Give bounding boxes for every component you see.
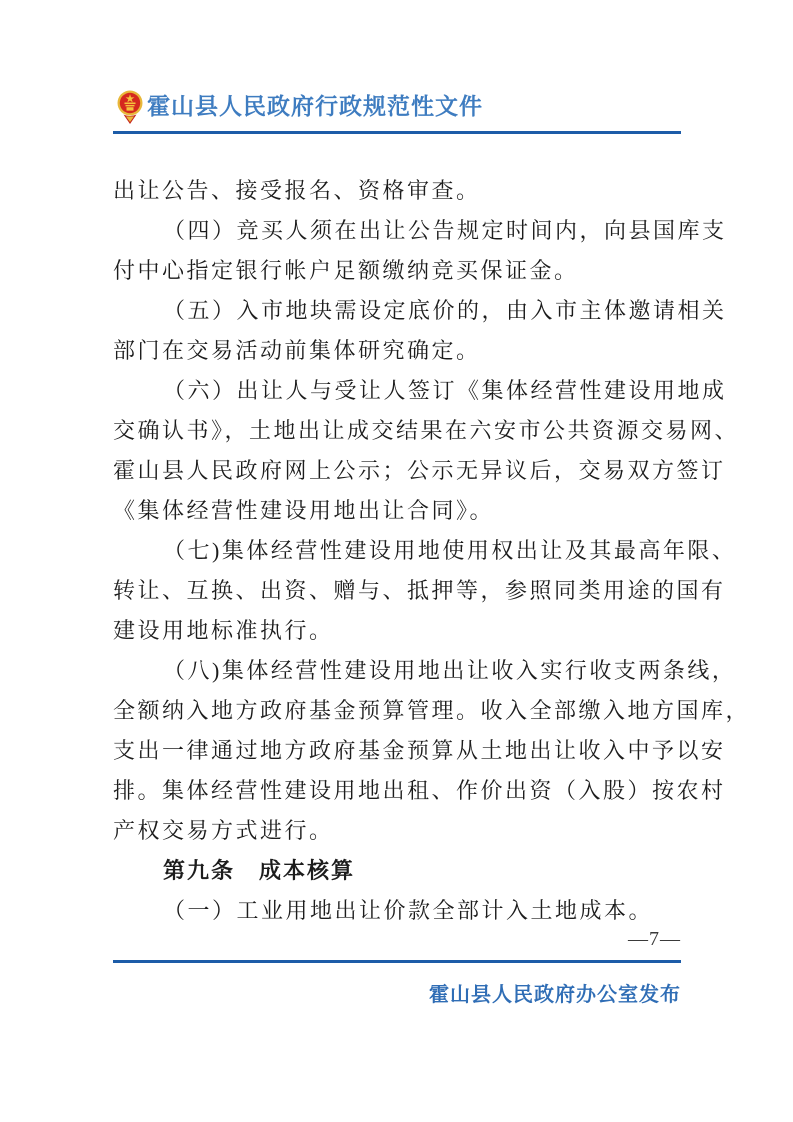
body-line: 支出一律通过地方政府基金预算从土地出让收入中予以安 xyxy=(113,731,681,771)
body-line: 《集体经营性建设用地出让合同》。 xyxy=(113,491,681,531)
body-line: （四）竞买人须在出让公告规定时间内，向县国库支 xyxy=(113,211,681,251)
body-line: 部门在交易活动前集体研究确定。 xyxy=(113,331,681,371)
body-line: （八)集体经营性建设用地出让收入实行收支两条线， xyxy=(113,651,681,691)
body-line: 全额纳入地方政府基金预算管理。收入全部缴入地方国库， xyxy=(113,691,681,731)
body-line: 产权交易方式进行。 xyxy=(113,811,681,851)
body-line: 建设用地标准执行。 xyxy=(113,611,681,651)
document-page: 霍山县人民政府行政规范性文件 出让公告、接受报名、资格审查。（四）竞买人须在出让… xyxy=(0,0,793,1122)
body-line: （六）出让人与受让人签订《集体经营性建设用地成 xyxy=(113,371,681,411)
page-header: 霍山县人民政府行政规范性文件 xyxy=(113,88,681,128)
header-rule xyxy=(113,131,681,134)
section-heading: 第九条 成本核算 xyxy=(113,851,681,891)
footer-publisher: 霍山县人民政府办公室发布 xyxy=(113,980,681,1010)
body-lines: 出让公告、接受报名、资格审查。（四）竞买人须在出让公告规定时间内，向县国库支付中… xyxy=(113,171,681,931)
body-line: 付中心指定银行帐户足额缴纳竞买保证金。 xyxy=(113,251,681,291)
national-emblem-icon xyxy=(117,90,143,124)
body-line: 交确认书》，土地出让成交结果在六安市公共资源交易网、 xyxy=(113,411,681,451)
body-line: （七)集体经营性建设用地使用权出让及其最高年限、 xyxy=(113,531,681,571)
body-line: （五）入市地块需设定底价的，由入市主体邀请相关 xyxy=(113,291,681,331)
body-line: 霍山县人民政府网上公示；公示无异议后，交易双方签订 xyxy=(113,451,681,491)
body-line: 转让、互换、出资、赠与、抵押等，参照同类用途的国有 xyxy=(113,571,681,611)
header-title: 霍山县人民政府行政规范性文件 xyxy=(147,91,483,121)
footer-rule xyxy=(113,960,681,963)
body-line: 出让公告、接受报名、资格审查。 xyxy=(113,171,681,211)
body-line: 排。集体经营性建设用地出租、作价出资（入股）按农村 xyxy=(113,771,681,811)
page-number: —7— xyxy=(113,924,681,954)
